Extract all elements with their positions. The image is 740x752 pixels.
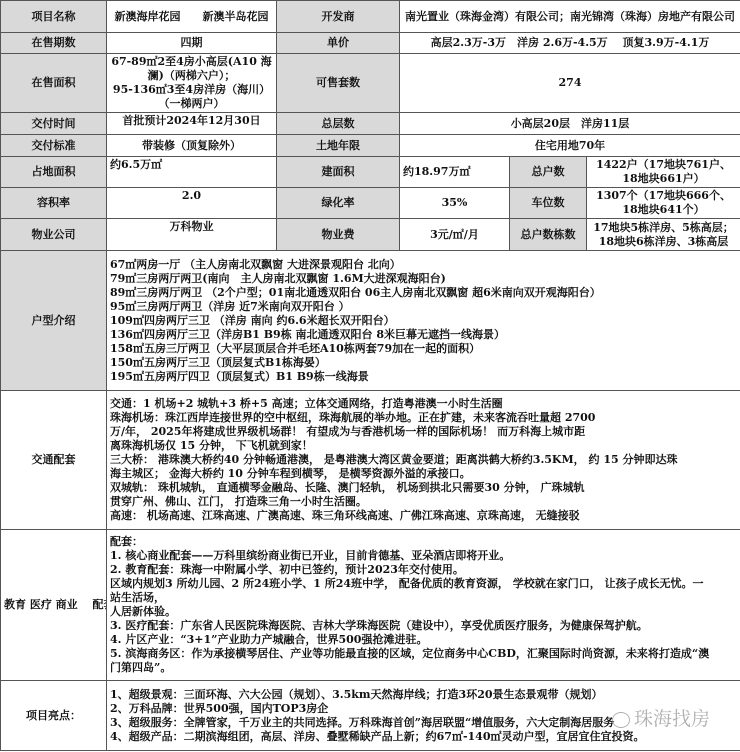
sale-area-line: （一梯两户）	[110, 97, 273, 111]
row-amenities: 教育 医疗 商业 配套 配套： 1. 核心商业配套——万科里缤纷商业街已开业，目…	[1, 530, 740, 681]
land-term-value: 住宅用地70年	[400, 135, 740, 157]
building-area-label: 建面积	[277, 157, 400, 188]
plot-ratio-value: 2.0	[107, 188, 277, 219]
watermark-text: 珠海找房	[634, 708, 710, 730]
amenities-line: 5. 滨海商务区：作为承接横琴居住、产业等功能最直接的区域，定位商务中心CBD，…	[110, 647, 737, 661]
project-name-label: 项目名称	[1, 1, 107, 33]
developer-label: 开发商	[277, 1, 400, 33]
property-company-value: 万科物业	[107, 219, 277, 251]
unit-type-item: 109㎡四房两厅三卫 （洋房 南向 约6.6米超长双开阳台）	[110, 314, 737, 328]
total-floors-label: 总层数	[277, 113, 400, 135]
transport-line: 三大桥： 港珠澳大桥约40 分钟畅通港澳， 是粤港澳大湾区黄金要道；距离洪鹤大桥…	[110, 453, 737, 467]
unit-type-item: 150㎡五房两厅三卫（顶层复式B1栋海晏）	[110, 356, 737, 370]
unit-type-item: 67㎡两房一厅 （主人房南北双飘窗 大进深景观阳台 北向）	[110, 258, 737, 272]
amenities-line: 站生活场，	[110, 591, 737, 605]
plot-ratio-label: 容积率	[1, 188, 107, 219]
transport-label: 交通配套	[1, 391, 107, 530]
amenities-line: 人居新体验。	[110, 605, 737, 619]
units-available-label: 可售套数	[277, 54, 400, 113]
row-plot-ratio: 容积率 2.0 绿化率 35% 车位数 1307个（17地块666个、18地块6…	[1, 188, 740, 219]
unit-type-item: 158㎡五房三厅两卫（大平层顶层合并毛坯A10栋两套79加在一起的面积）	[110, 342, 737, 356]
building-area-value: 约18.97万㎡	[400, 157, 510, 188]
amenities-line: 配套：	[110, 535, 737, 549]
transport-line: 海主城区； 金海大桥约 10 分钟车程到横琴， 是横琴资源外溢的承接口。	[110, 467, 737, 481]
buildings-value: 17地块5栋洋房、5栋高层； 18地块6栋洋房、3栋高层	[587, 219, 740, 251]
sale-area-label: 在售面积	[1, 54, 107, 113]
row-project-name: 项目名称 新澳海岸花园 新澳半岛花园 开发商 南光置业（珠海金湾）有限公司；南光…	[1, 1, 740, 33]
delivery-time-label: 交付时间	[1, 113, 107, 135]
transport-text: 交通：1 机场+2 城轨+3 桥+5 高速；立体交通网络，打造粤港澳一小时生活圈…	[107, 391, 740, 530]
land-area-label: 占地面积	[1, 157, 107, 188]
parking-label: 车位数	[510, 188, 587, 219]
sale-area-line: 澜)（两梯六户）；	[110, 69, 273, 83]
transport-line: 离珠海机场仅 15 分钟， 下飞机就到家！	[110, 439, 737, 453]
row-delivery-standard: 交付标准 带装修（顶复除外） 土地年限 住宅用地70年	[1, 135, 740, 157]
row-delivery-time: 交付时间 首批预计2024年12月30日 总层数 小高层20层 洋房11层	[1, 113, 740, 135]
unit-type-item: 89㎡三房两厅两卫 （2个户型；01南北通透双阳台 06主人房南北双飘窗 超6米…	[110, 286, 737, 300]
amenities-line: 门第四岛”。	[110, 661, 737, 675]
unit-price-value: 高层2.3万-3万 洋房 2.6万-4.5万 顶复3.9万-4.1万	[400, 33, 740, 54]
row-unit-types: 户型介绍 67㎡两房一厅 （主人房南北双飘窗 大进深景观阳台 北向） 79㎡三房…	[1, 251, 740, 391]
row-transport: 交通配套 交通：1 机场+2 城轨+3 桥+5 高速；立体交通网络，打造粤港澳一…	[1, 391, 740, 530]
sale-area-line: 67-89㎡2至4房小高层(A10 海	[110, 55, 273, 69]
project-name-value: 新澳海岸花园 新澳半岛花园	[107, 1, 277, 33]
green-ratio-value: 35%	[400, 188, 510, 219]
transport-line: 珠海机场：珠江西岸连接世界的空中枢纽，珠海航展的举办地。正在扩建，未来客流吞吐量…	[110, 411, 737, 425]
land-area-value: 约6.5万㎡	[107, 157, 277, 188]
amenities-text: 配套： 1. 核心商业配套——万科里缤纷商业街已开业，目前肯德基、亚朵酒店即将开…	[107, 530, 740, 681]
delivery-standard-label: 交付标准	[1, 135, 107, 157]
unit-type-item: 136㎡四房两厅三卫（洋房B1 B9栋 南北通透双阳台 8米巨幕无遮挡一线海景）	[110, 328, 737, 342]
highlight-line: 1、超级景观：三面环海、六大公园（规划）、3.5km天然海岸线；打造3环20景生…	[110, 688, 737, 702]
green-ratio-label: 绿化率	[277, 188, 400, 219]
row-land-area: 占地面积 约6.5万㎡ 建面积 约18.97万㎡ 总户数 1422户（17地块7…	[1, 157, 740, 188]
transport-line: 双城轨： 珠机城轨， 直通横琴金融岛、长隆、澳门轻轨， 机场到拱北只需要30 分…	[110, 481, 737, 495]
delivery-standard-value: 带装修（顶复除外）	[107, 135, 277, 157]
delivery-time-value: 首批预计2024年12月30日	[107, 113, 277, 135]
buildings-line: 17地块5栋洋房、5栋高层；	[590, 221, 737, 235]
property-fee-value: 3元/㎡/月	[400, 219, 510, 251]
developer-value: 南光置业（珠海金湾）有限公司；南光锦湾（珠海）房地产有限公司	[400, 1, 740, 33]
property-company-label: 物业公司	[1, 219, 107, 251]
unit-type-item: 95㎡三房两厅两卫（洋房 近7米南向双开阳台 ）	[110, 300, 737, 314]
watermark: 珠海找房	[612, 704, 710, 731]
unit-types-label: 户型介绍	[1, 251, 107, 391]
unit-type-item: 79㎡三房两厅两卫(南向 主人房南北双飘窗 1.6M大进深观海阳台)	[110, 272, 737, 286]
units-available-value: 274	[400, 54, 740, 113]
row-phase: 在售期数 四期 单价 高层2.3万-3万 洋房 2.6万-4.5万 顶复3.9万…	[1, 33, 740, 54]
sale-area-value: 67-89㎡2至4房小高层(A10 海 澜)（两梯六户）； 95-136㎡3至4…	[107, 54, 277, 113]
property-info-sheet: 项目名称 新澳海岸花园 新澳半岛花园 开发商 南光置业（珠海金湾）有限公司；南光…	[0, 0, 740, 752]
total-households-label: 总户数	[510, 157, 587, 188]
sale-area-line: 95-136㎡3至4房洋房（海川）	[110, 83, 273, 97]
unit-price-label: 单价	[277, 33, 400, 54]
amenities-line: 1. 核心商业配套——万科里缤纷商业街已开业，目前肯德基、亚朵酒店即将开业。	[110, 549, 737, 563]
land-term-label: 土地年限	[277, 135, 400, 157]
transport-line: 交通：1 机场+2 城轨+3 桥+5 高速；立体交通网络，打造粤港澳一小时生活圈	[110, 397, 737, 411]
wechat-icon	[612, 712, 630, 728]
parking-value: 1307个（17地块666个、18地块641个）	[587, 188, 740, 219]
amenities-line: 3. 医疗配套：广东省人民医院珠海医院、吉林大学珠海医院（建设中），享受优质医疗…	[110, 619, 737, 633]
phase-label: 在售期数	[1, 33, 107, 54]
unit-types-list: 67㎡两房一厅 （主人房南北双飘窗 大进深景观阳台 北向） 79㎡三房两厅两卫(…	[107, 251, 740, 391]
amenities-line: 2. 教育配套：珠海一中附属小学、初中已签约，预计2023年交付使用。	[110, 563, 737, 577]
buildings-label: 总户数栋数	[510, 219, 587, 251]
row-property-company: 物业公司 万科物业 物业费 3元/㎡/月 总户数栋数 17地块5栋洋房、5栋高层…	[1, 219, 740, 251]
property-fee-label: 物业费	[277, 219, 400, 251]
highlights-label: 项目亮点：	[1, 681, 107, 751]
unit-type-item: 195㎡五房两厅四卫（顶层复式）B1 B9栋一线海景	[110, 370, 737, 384]
phase-value: 四期	[107, 33, 277, 54]
property-info-table: 项目名称 新澳海岸花园 新澳半岛花园 开发商 南光置业（珠海金湾）有限公司；南光…	[0, 0, 740, 751]
total-households-value: 1422户（17地块761户、18地块661户）	[587, 157, 740, 188]
row-sale-area: 在售面积 67-89㎡2至4房小高层(A10 海 澜)（两梯六户）； 95-13…	[1, 54, 740, 113]
transport-line: 万/年， 2025年将建成世界级机场群！ 有望成为与香港机场一样的国际机场！ 而…	[110, 425, 737, 439]
amenities-line: 区域内规划3 所幼儿园、2 所24班小学、1 所24班中学， 配备优质的教育资源…	[110, 577, 737, 591]
total-floors-value: 小高层20层 洋房11层	[400, 113, 740, 135]
buildings-line: 18地块6栋洋房、3栋高层	[590, 235, 737, 249]
amenities-label: 教育 医疗 商业 配套	[1, 530, 107, 681]
amenities-line: 4. 片区产业：“3+1”产业助力产城融合，世界500强抢滩进驻。	[110, 633, 737, 647]
transport-line: 高速： 机场高速、江珠高速、广澳高速、珠三角环线高速、广佛江珠高速、京珠高速， …	[110, 509, 737, 523]
transport-line: 贯穿广州、佛山、江门， 打造珠三角一小时生活圈。	[110, 495, 737, 509]
highlight-line: 4、超级产品：二期滨海组团，高层、洋房、叠墅稀缺产品上新；约67㎡-140㎡灵动…	[110, 730, 737, 744]
